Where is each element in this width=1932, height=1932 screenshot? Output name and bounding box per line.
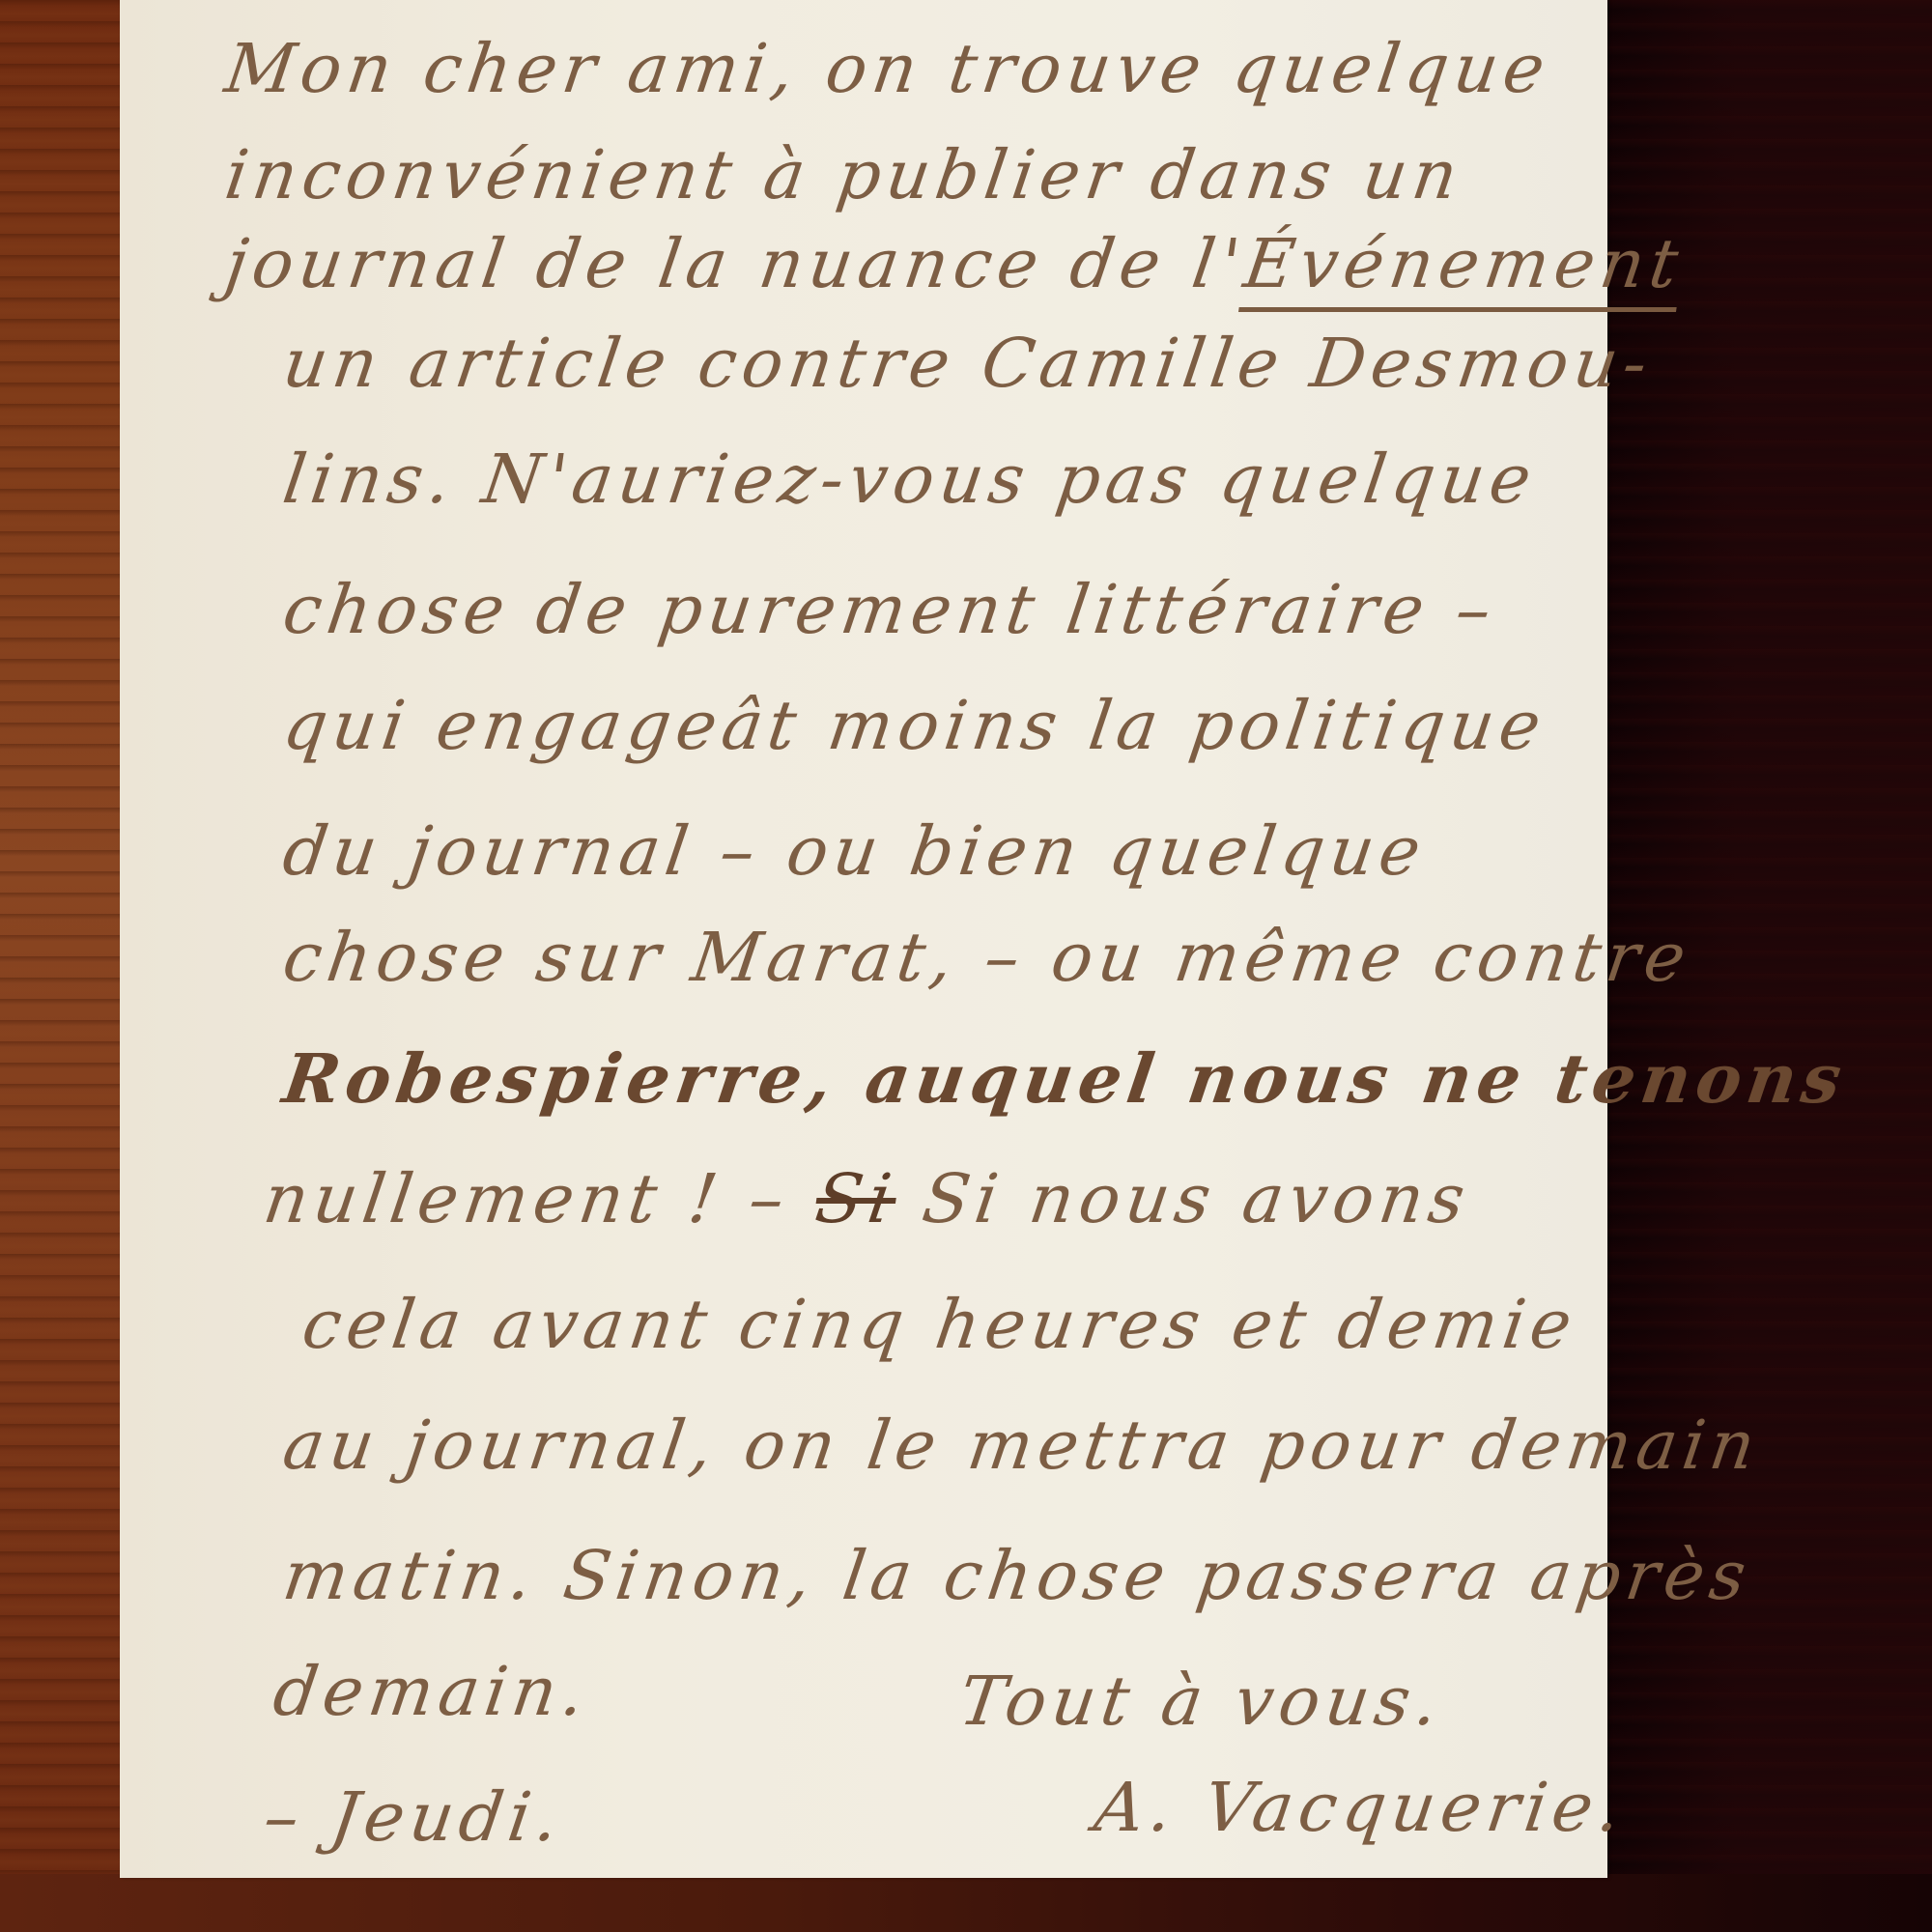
letter-line-11: nullement ! – Si Si nous avons (259, 1159, 1475, 1238)
letter-line-14: matin. Sinon, la chose passera après (278, 1536, 1756, 1615)
wooden-table-bottom (0, 1874, 1932, 1932)
letter-line-10: Robespierre, auquel nous ne tenons (278, 1038, 1852, 1119)
letter-day: – Jeudi. (259, 1777, 569, 1857)
letter-line-11-text: nullement ! – (259, 1159, 795, 1238)
letter-line-10-text: Robespierre, auquel nous ne tenons (278, 1038, 1852, 1119)
letter-line-4: un article contre Camille Desmou- (278, 324, 1658, 403)
letter-line-8: du journal – ou bien quelque (278, 811, 1431, 891)
letter-line-2: inconvénient à publier dans un (220, 135, 1467, 214)
letter-line-5: lins. N'auriez-vous pas quelque (278, 440, 1542, 519)
letter-line-6: chose de purement littéraire – (278, 570, 1501, 649)
letter-signature: A. Vacquerie. (1090, 1768, 1631, 1847)
struck-word: Si (811, 1159, 902, 1238)
letter-line-3-text: journal de la nuance de l' (220, 224, 1250, 303)
letter-line-13: au journal, on le mettra pour demain (278, 1406, 1765, 1485)
letter-line-15: demain. (269, 1652, 595, 1731)
letter-line-1: Mon cher ami, on trouve quelque (220, 29, 1555, 108)
wooden-table-left (0, 0, 135, 1932)
letter-line-3: journal de la nuance de l'Événement (220, 224, 1689, 303)
letter-line-7: qui engageât moins la politique (278, 686, 1551, 765)
letter-sheet: Mon cher ami, on trouve quelque inconvén… (120, 0, 1607, 1878)
letter-line-9: chose sur Marat, – ou même contre (278, 918, 1696, 997)
underlined-journal-title: Événement (1238, 224, 1689, 312)
letter-line-11-cont: Si nous avons (918, 1159, 1475, 1238)
letter-closing: Tout à vous. (954, 1662, 1448, 1741)
letter-line-12: cela avant cinq heures et demie (298, 1285, 1582, 1364)
